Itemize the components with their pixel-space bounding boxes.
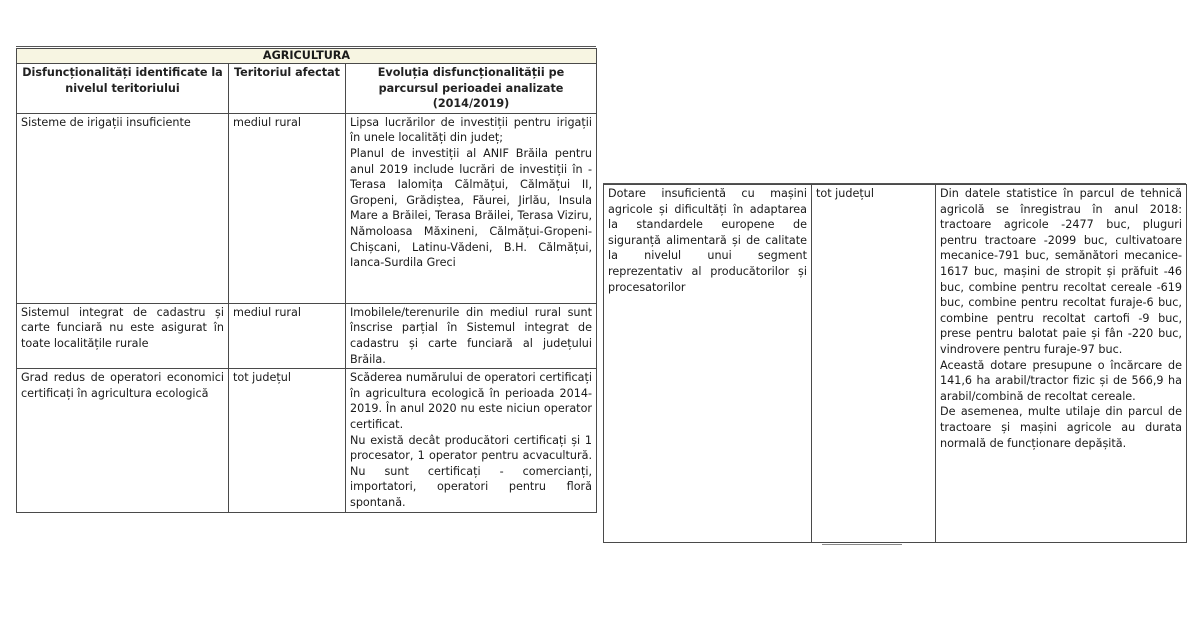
territory-cell: mediul rural	[229, 113, 346, 303]
header-row: Disfuncționalități identificate la nivel…	[17, 64, 597, 114]
territory-cell: mediul rural	[229, 303, 346, 368]
scan-artifact-line	[822, 544, 902, 545]
section-row: AGRICULTURA	[17, 49, 597, 64]
territory-cell: tot județul	[229, 369, 346, 512]
table-row: Sisteme de irigații insuficiente mediul …	[17, 113, 597, 303]
agriculture-table-right: Dotare insuficientă cu mașini agricole ș…	[603, 184, 1187, 543]
top-rule	[16, 46, 596, 47]
table-row: Grad redus de operatori economici certif…	[17, 369, 597, 512]
dysfunction-cell: Sisteme de irigații insuficiente	[17, 113, 229, 303]
evolution-paragraph: Nu există decât producători certificați …	[350, 433, 592, 511]
evolution-paragraph: Din datele statistice în parcul de tehni…	[940, 186, 1182, 358]
evolution-paragraph: Planul de investiții al ANIF Brăila pent…	[350, 146, 592, 271]
dysfunction-cell: Grad redus de operatori economici certif…	[17, 369, 229, 512]
territory-cell: tot județul	[812, 185, 936, 543]
agriculture-table-left: AGRICULTURA Disfuncționalități identific…	[16, 48, 597, 513]
header-dysfunctions: Disfuncționalități identificate la nivel…	[17, 64, 229, 114]
header-territory: Teritoriul afectat	[229, 64, 346, 114]
evolution-cell: Din datele statistice în parcul de tehni…	[936, 185, 1187, 543]
evolution-paragraph: De asemenea, multe utilaje din parcul de…	[940, 404, 1182, 451]
evolution-paragraph: Imobilele/terenurile din mediul rural su…	[350, 305, 592, 367]
dysfunction-cell: Dotare insuficientă cu mașini agricole ș…	[604, 185, 812, 543]
dysfunction-cell: Sistemul integrat de cadastru și carte f…	[17, 303, 229, 368]
evolution-paragraph: Scăderea numărului de operatori certific…	[350, 370, 592, 432]
section-title: AGRICULTURA	[17, 49, 597, 64]
evolution-paragraph: Lipsa lucrărilor de investiții pentru ir…	[350, 115, 592, 146]
table-row: Sistemul integrat de cadastru și carte f…	[17, 303, 597, 368]
evolution-cell: Lipsa lucrărilor de investiții pentru ir…	[346, 113, 597, 303]
table-row: Dotare insuficientă cu mașini agricole ș…	[604, 185, 1187, 543]
evolution-paragraph: Această dotare presupune o încărcare de …	[940, 358, 1182, 405]
evolution-cell: Scăderea numărului de operatori certific…	[346, 369, 597, 512]
evolution-cell: Imobilele/terenurile din mediul rural su…	[346, 303, 597, 368]
header-evolution: Evoluția disfuncționalității pe parcursu…	[346, 64, 597, 114]
